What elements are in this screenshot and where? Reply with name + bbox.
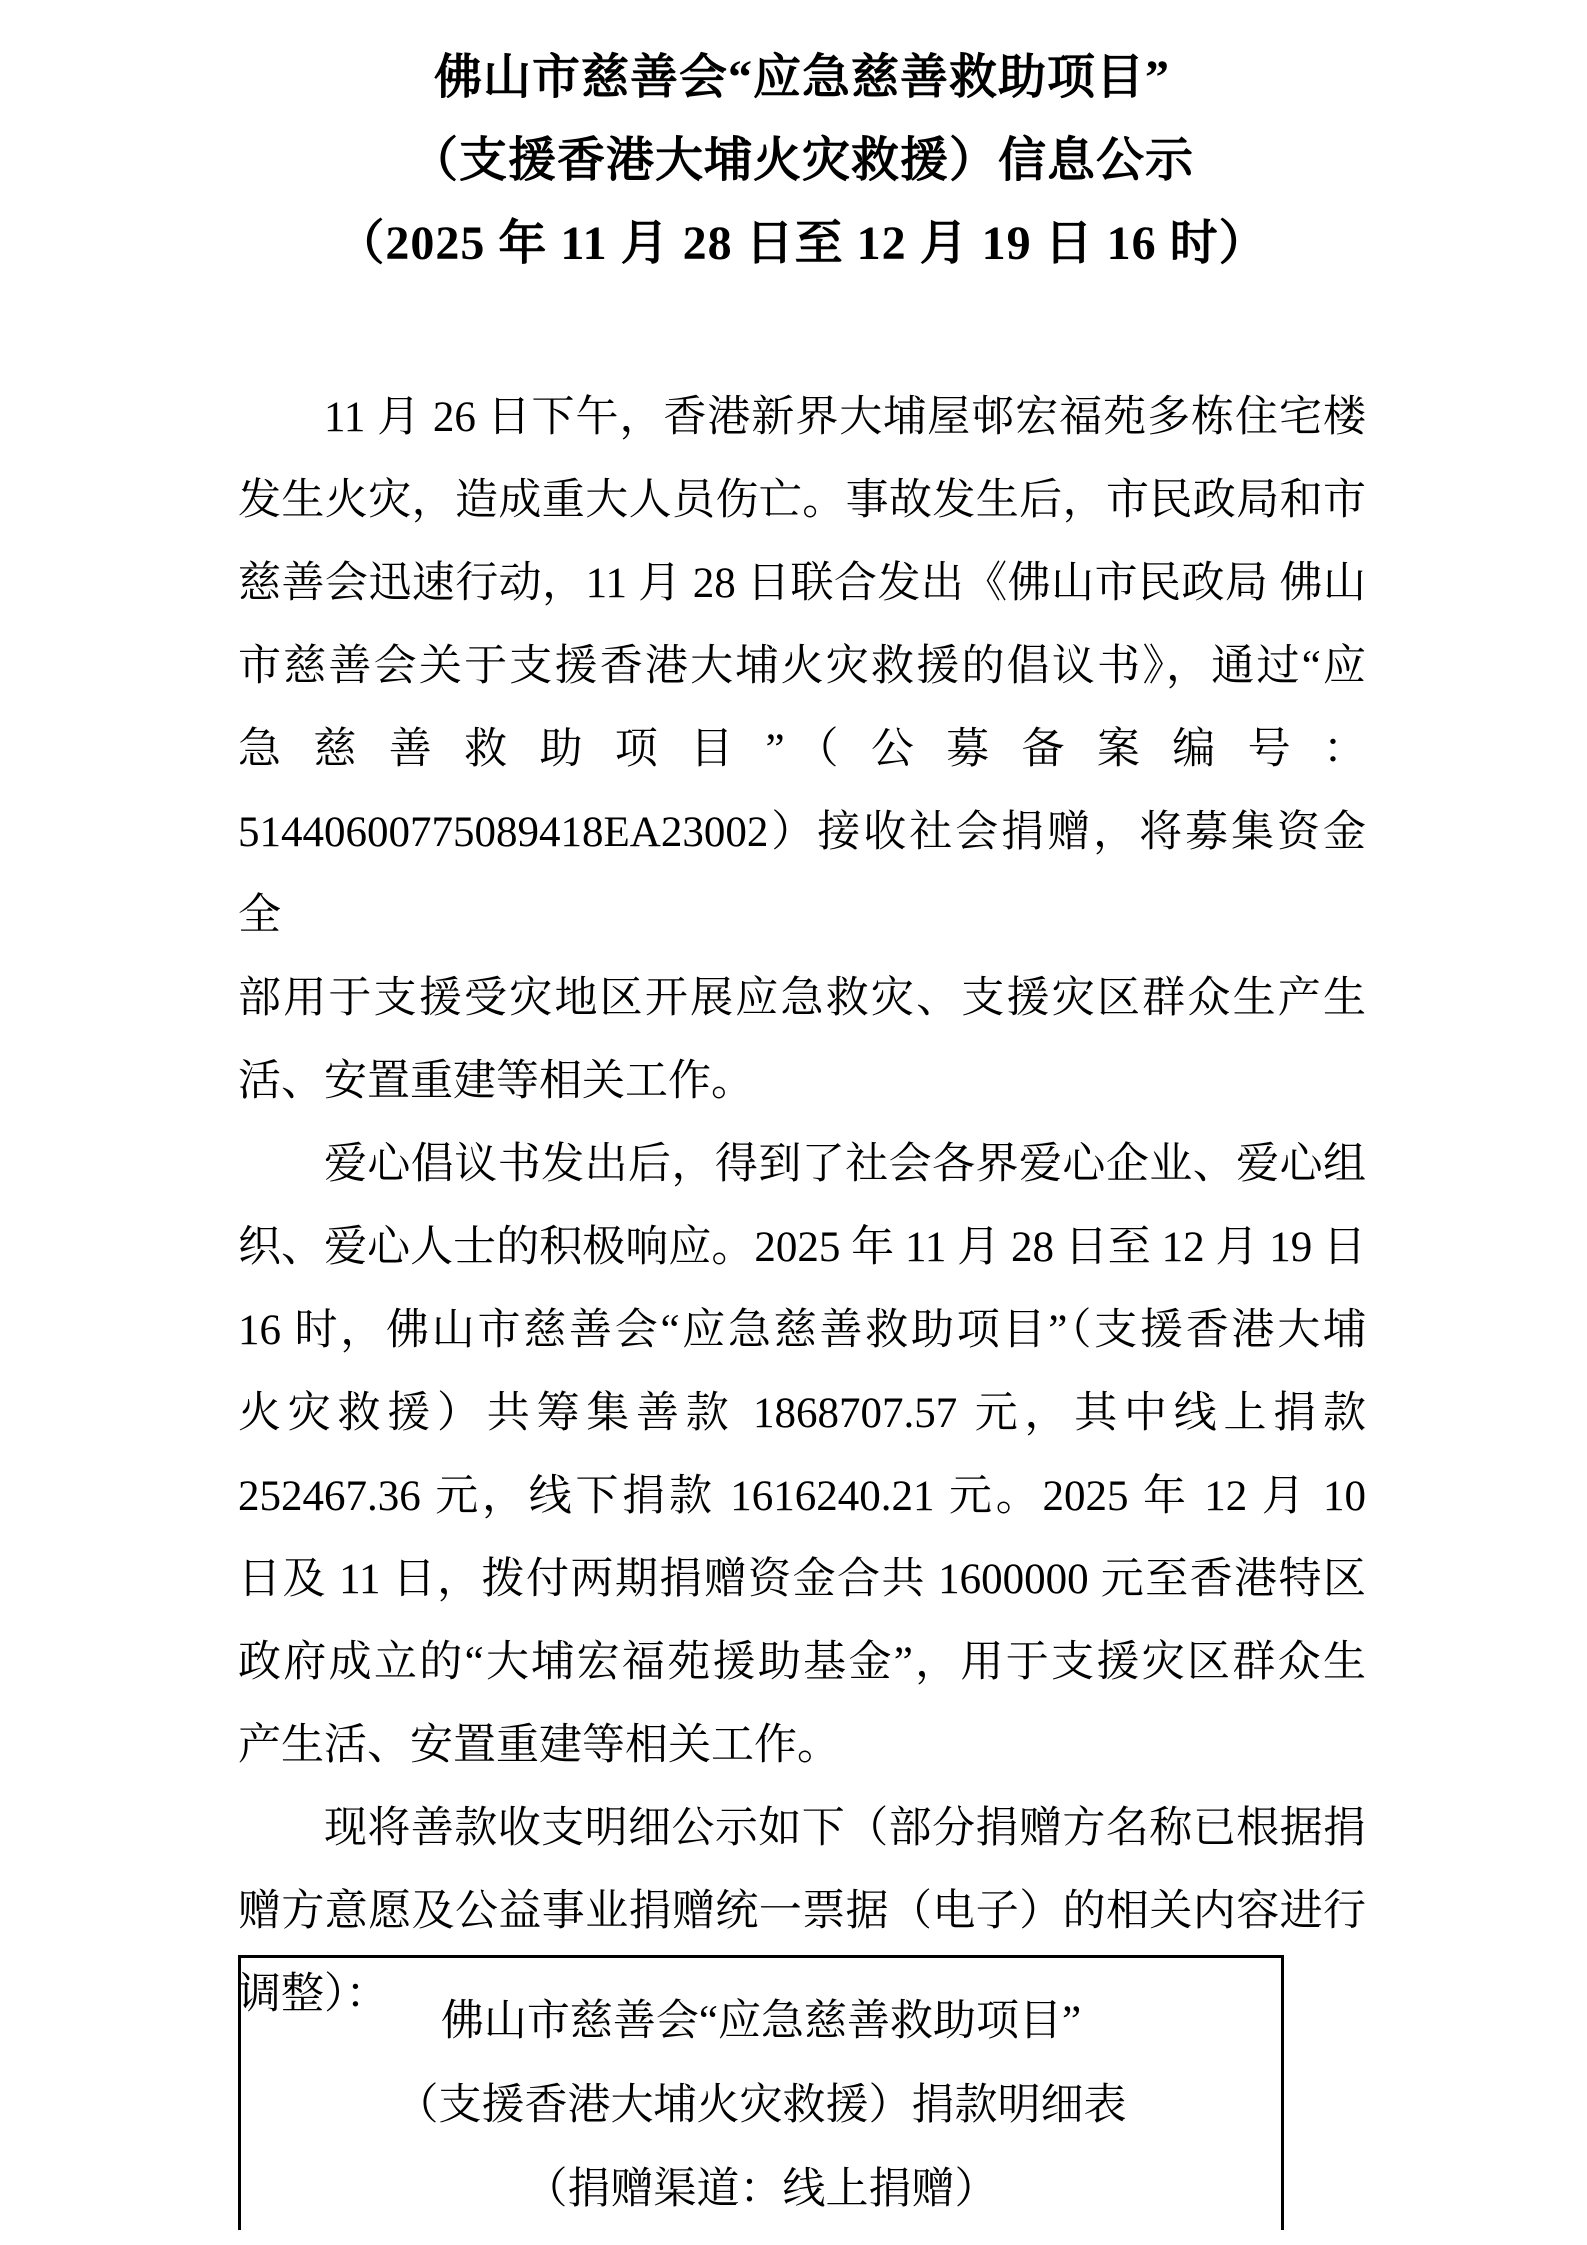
title-line-1: 佛山市慈善会“应急慈善救助项目” [238, 36, 1366, 119]
body-line: 急慈善救助项目”（公募备案编号： [238, 708, 1366, 791]
body-line: 织、爱心人士的积极响应。2025 年 11 月 28 日至 12 月 19 日 [238, 1206, 1366, 1289]
box-title-line-2: （支援香港大埔火灾救援）捐款明细表 [241, 2064, 1281, 2148]
body-line: 火灾救援）共筹集善款 1868707.57 元，其中线上捐款 [238, 1372, 1366, 1455]
body-line: 部用于支援受灾地区开展应急救灾、支援灾区群众生产生 [238, 957, 1366, 1040]
title-line-2: （支援香港大埔火灾救援）信息公示 [238, 119, 1366, 202]
document-page: 佛山市慈善会“应急慈善救助项目” （支援香港大埔火灾救援）信息公示 （2025 … [0, 0, 1587, 2245]
body-line: 慈善会迅速行动，11 月 28 日联合发出《佛山市民政局 佛山 [238, 542, 1366, 625]
body-line: 252467.36 元，线下捐款 1616240.21 元。2025 年 12 … [238, 1455, 1366, 1538]
document-body: 11 月 26 日下午，香港新界大埔屋邨宏福苑多栋住宅楼 发生火灾，造成重大人员… [238, 376, 1366, 2036]
body-line: 市慈善会关于支援香港大埔火灾救援的倡议书》，通过“应 [238, 625, 1366, 708]
body-line: 活、安置重建等相关工作。 [238, 1040, 1366, 1123]
box-title-line-3: （捐赠渠道：线上捐赠） [241, 2148, 1281, 2232]
body-line: 11 月 26 日下午，香港新界大埔屋邨宏福苑多栋住宅楼 [238, 376, 1366, 459]
body-line: 产生活、安置重建等相关工作。 [238, 1704, 1366, 1787]
body-line: 51440600775089418EA23002）接收社会捐赠，将募集资金全 [238, 791, 1366, 957]
body-line: 爱心倡议书发出后，得到了社会各界爱心企业、爱心组 [238, 1123, 1366, 1206]
body-line: 16 时，佛山市慈善会“应急慈善救助项目”（支援香港大埔 [238, 1289, 1366, 1372]
document-title: 佛山市慈善会“应急慈善救助项目” （支援香港大埔火灾救援）信息公示 （2025 … [238, 36, 1366, 285]
body-line: 发生火灾，造成重大人员伤亡。事故发生后，市民政局和市 [238, 459, 1366, 542]
donation-table-header-box: 佛山市慈善会“应急慈善救助项目” （支援香港大埔火灾救援）捐款明细表 （捐赠渠道… [238, 1955, 1284, 2230]
paragraph-1: 11 月 26 日下午，香港新界大埔屋邨宏福苑多栋住宅楼 发生火灾，造成重大人员… [238, 376, 1366, 1123]
body-line: 日及 11 日，拨付两期捐赠资金合共 1600000 元至香港特区 [238, 1538, 1366, 1621]
body-line: 现将善款收支明细公示如下（部分捐赠方名称已根据捐 [238, 1787, 1366, 1870]
title-line-3: （2025 年 11 月 28 日至 12 月 19 日 16 时） [238, 202, 1366, 285]
body-line: 赠方意愿及公益事业捐赠统一票据（电子）的相关内容进行 [238, 1870, 1366, 1953]
box-title-line-1: 佛山市慈善会“应急慈善救助项目” [241, 1980, 1281, 2064]
paragraph-2: 爱心倡议书发出后，得到了社会各界爱心企业、爱心组 织、爱心人士的积极响应。202… [238, 1123, 1366, 1787]
body-line: 政府成立的“大埔宏福苑援助基金”，用于支援灾区群众生 [238, 1621, 1366, 1704]
